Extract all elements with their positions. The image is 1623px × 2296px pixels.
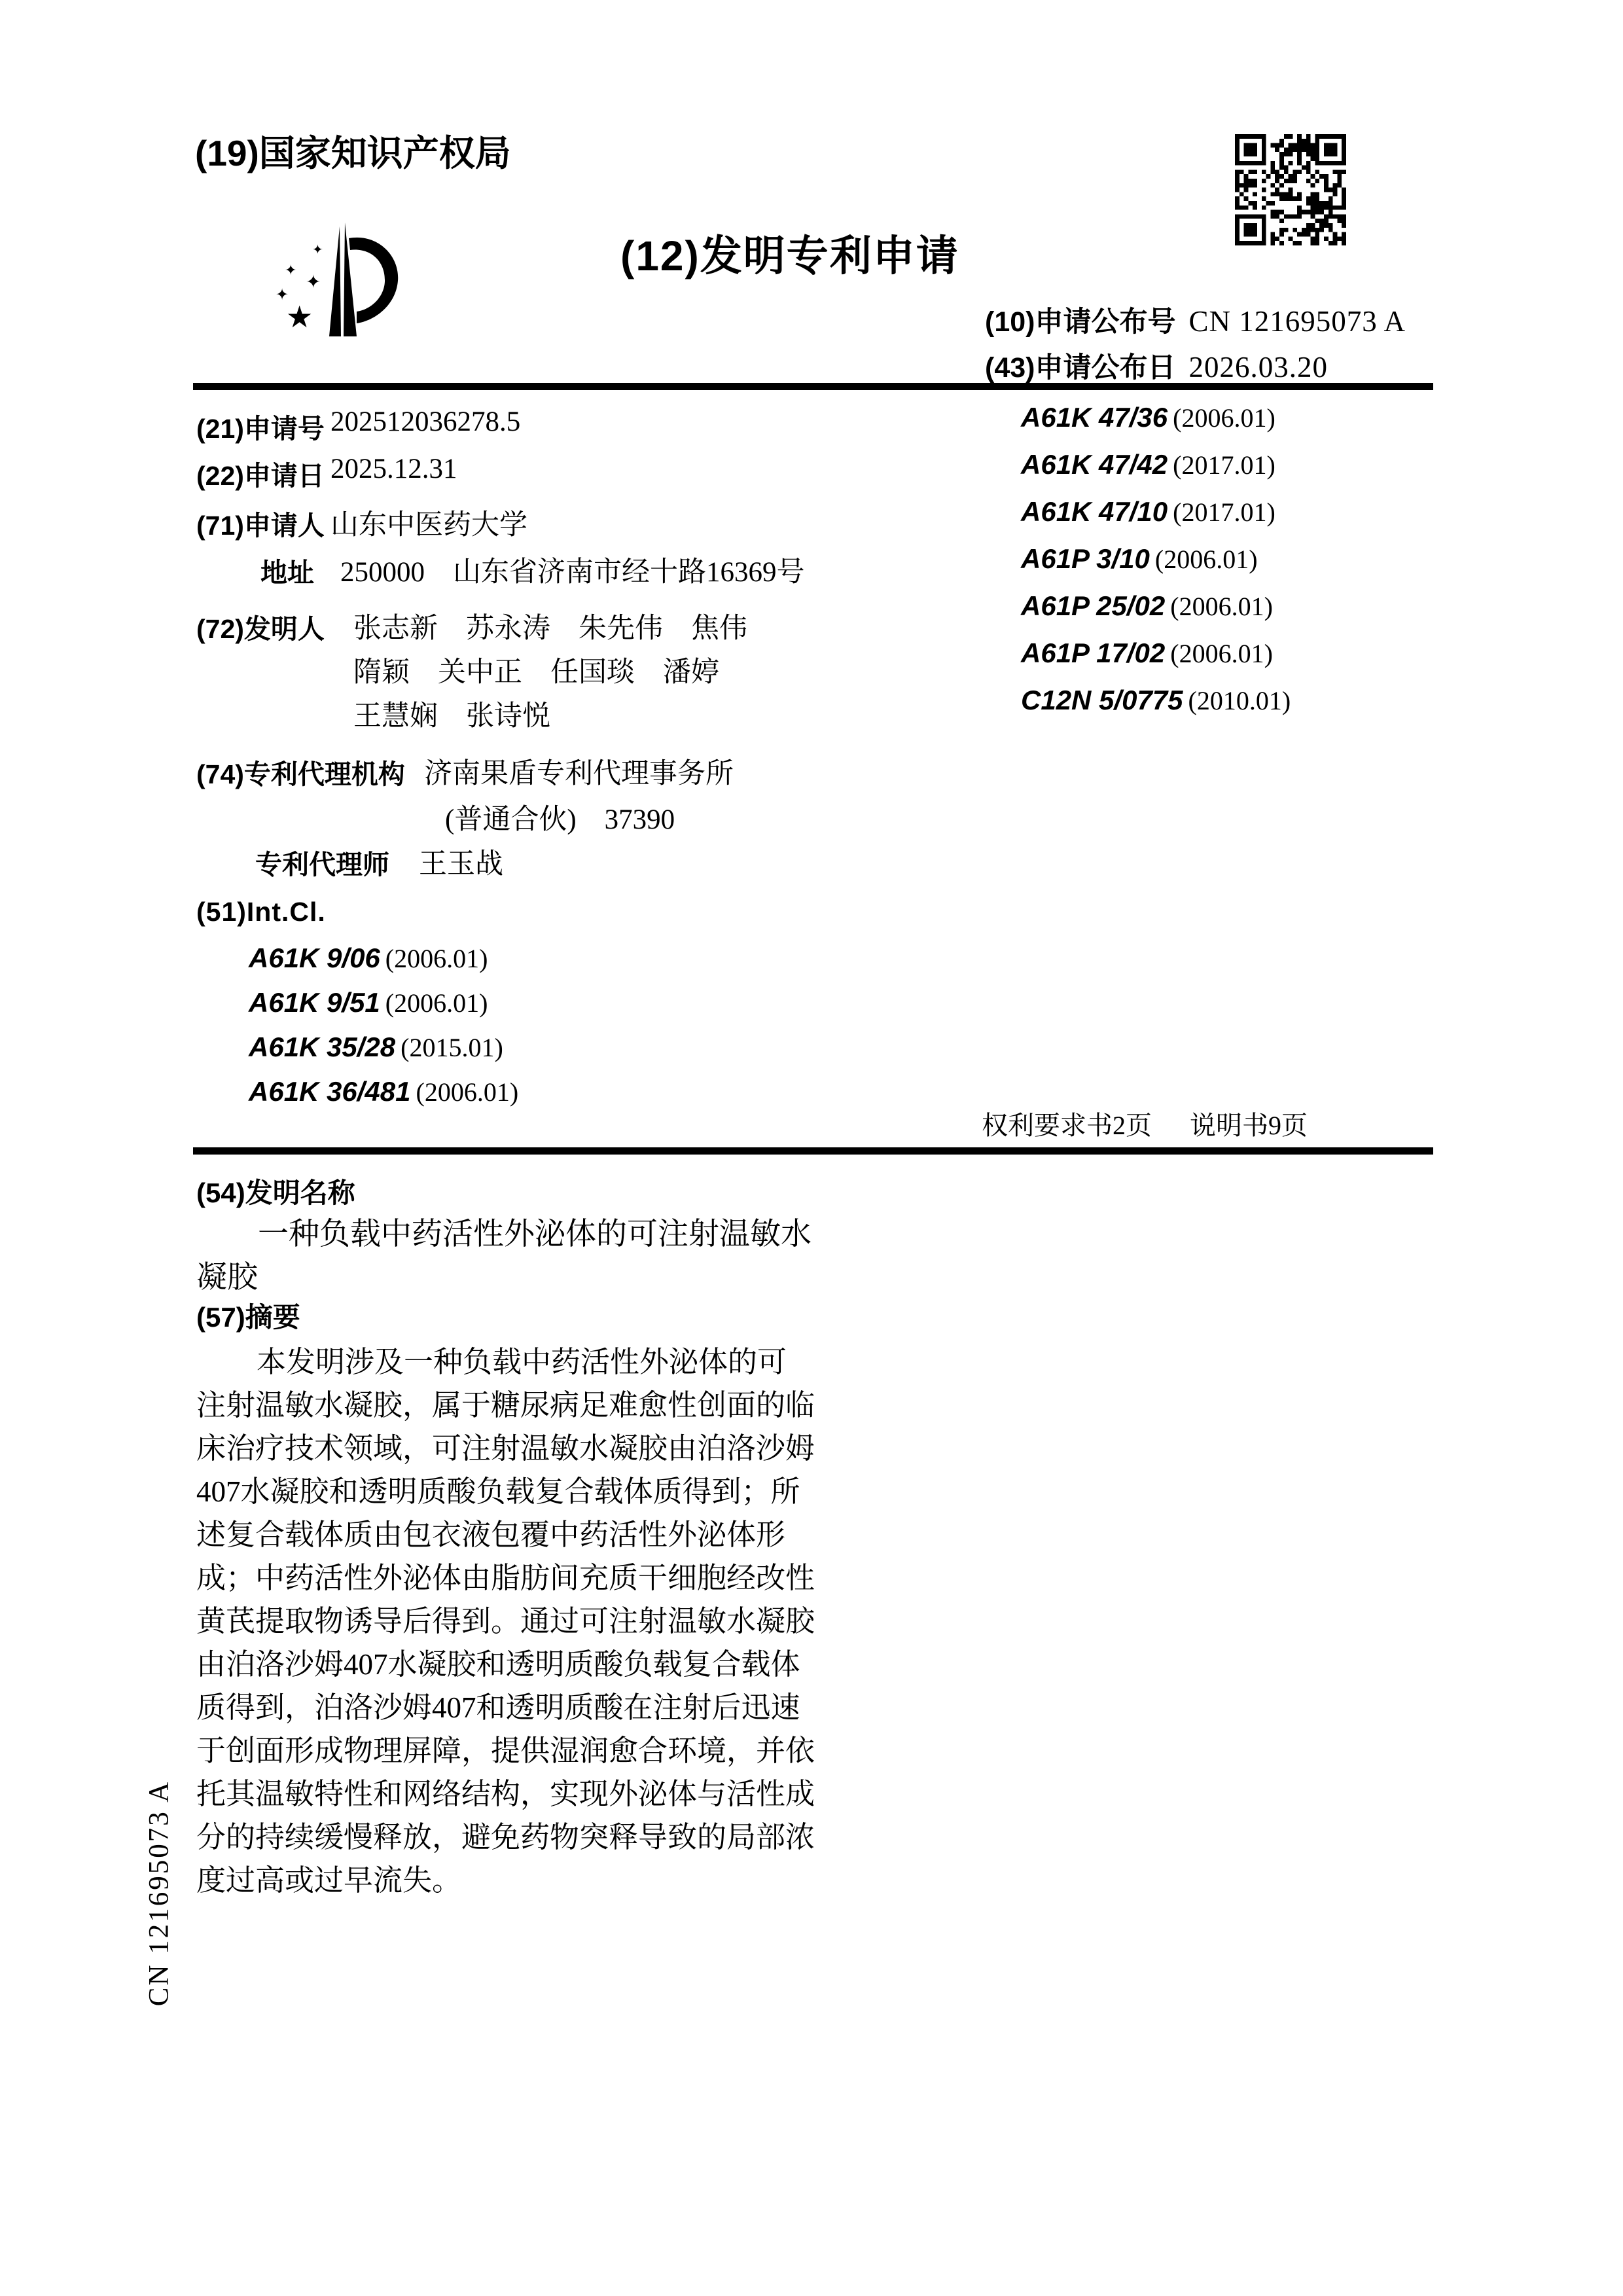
ipc-code: A61K 9/51 [249, 987, 380, 1018]
ipc-code: C12N 5/0775 [1021, 685, 1183, 715]
qr-code [1235, 134, 1346, 245]
ipc-entry: A61K 47/36(2006.01) [1021, 402, 1291, 449]
ipc-version: (2006.01) [385, 988, 488, 1018]
application-date-label: (22)申请日 [196, 454, 325, 493]
description-pages: 说明书9页 [1190, 1111, 1308, 1140]
publication-date-row: (43)申请公布日2026.03.20 [985, 346, 1328, 386]
ipc-entry: A61P 25/02(2006.01) [1021, 590, 1291, 637]
qr-code-icon [1235, 134, 1346, 245]
inventors-line: 张志新 苏永涛 朱先伟 焦伟 [353, 606, 747, 650]
ipc-version: (2010.01) [1188, 686, 1291, 715]
application-date-value: 2025.12.31 [330, 453, 457, 485]
invention-title-line2: 凝胶 [196, 1253, 258, 1297]
logo-sparkle-2: ✦ [285, 262, 296, 279]
abstract-label: (57)摘要 [196, 1296, 300, 1335]
agency-name: 济南果盾专利代理事务所 [424, 751, 734, 791]
abstract-line: 成；中药活性外泌体由脂肪间充质干细胞经改性 [196, 1554, 890, 1597]
abstract-line: 述复合载体质由包衣液包覆中药活性外泌体形 [196, 1511, 890, 1554]
ipc-version: (2006.01) [1170, 639, 1273, 668]
ipc-entry: A61P 17/02(2006.01) [1021, 637, 1291, 685]
application-number-value: 202512036278.5 [330, 406, 520, 438]
inventors-label: (72)发明人 [196, 607, 325, 646]
ipc-entry: A61K 35/28(2015.01) [249, 1031, 518, 1076]
ipc-version: (2015.01) [401, 1033, 503, 1062]
ipc-entry: A61K 36/481(2006.01) [249, 1076, 518, 1121]
inventors-line: 王慧娴 张诗悦 [353, 694, 747, 738]
ipc-entry: A61K 9/51(2006.01) [249, 987, 518, 1031]
agent-name: 王玉战 [419, 842, 503, 882]
ipc-code: A61P 25/02 [1021, 590, 1165, 621]
ipc-code: A61K 35/28 [249, 1031, 395, 1062]
application-number-label: (21)申请号 [196, 407, 325, 446]
ipc-version: (2006.01) [385, 944, 488, 973]
logo-big-star: ★ [286, 299, 313, 334]
publication-date-value: 2026.03.20 [1188, 351, 1328, 384]
abstract-line: 床治疗技术领域，可注射温敏水凝胶由泊洛沙姆 [196, 1424, 890, 1467]
invention-title-line1: 一种负载中药活性外泌体的可注射温敏水 [196, 1210, 811, 1253]
ipc-entry: C12N 5/0775(2010.01) [1021, 685, 1291, 732]
ipc-version: (2006.01) [416, 1077, 519, 1107]
cnipa-logo: ✦ ✦ ✦ ✦ ★ [272, 220, 412, 342]
classification-list: A61K 47/36(2006.01) A61K 47/42(2017.01) … [1021, 402, 1291, 732]
claims-pages: 权利要求书2页 [982, 1111, 1152, 1140]
logo-sparkle-3: ✦ [306, 271, 321, 293]
applicant-label: (71)申请人 [196, 504, 325, 543]
ipc-code: A61K 47/10 [1021, 496, 1168, 527]
logo-sparkle-1: ✦ [312, 242, 323, 257]
ipc-code: A61K 47/42 [1021, 449, 1168, 480]
abstract-line: 由泊洛沙姆407水凝胶和透明质酸负载复合载体 [196, 1640, 890, 1683]
abstract-line: 注射温敏水凝胶，属于糖尿病足难愈性创面的临 [196, 1381, 890, 1424]
abstract-line: 质得到，泊洛沙姆407和透明质酸在注射后迅速 [196, 1683, 890, 1727]
ipc-entry: A61K 47/42(2017.01) [1021, 449, 1291, 496]
publication-number-label: (10)申请公布号 [985, 306, 1175, 338]
ipc-version: (2006.01) [1170, 592, 1273, 621]
publication-number-value: CN 121695073 A [1188, 305, 1406, 338]
ipc-code: A61K 36/481 [249, 1076, 411, 1107]
agency-label: (74)专利代理机构 [196, 753, 405, 791]
abstract-line: 于创面形成物理屏障，提供湿润愈合环境，并依 [196, 1727, 890, 1770]
abstract-line: 407水凝胶和透明质酸负载复合载体质得到；所 [196, 1467, 890, 1511]
body-divider-rule [193, 1147, 1433, 1155]
patent-front-page: (19)国家知识产权局 ✦ ✦ ✦ ✦ ★ (12)发明专利申请 (10)申请公… [0, 0, 1623, 2296]
intcl-list: A61K 9/06(2006.01) A61K 9/51(2006.01) A6… [249, 942, 518, 1121]
patent-office-title: (19)国家知识产权局 [195, 124, 511, 176]
pages-info: 权利要求书2页说明书9页 [982, 1105, 1308, 1142]
abstract-text: 本发明涉及一种负载中药活性外泌体的可注射温敏水凝胶，属于糖尿病足难愈性创面的临床… [196, 1338, 890, 1899]
abstract-line: 黄芪提取物诱导后得到。通过可注射温敏水凝胶 [196, 1597, 890, 1640]
header-divider-rule [193, 383, 1433, 390]
invention-title-label: (54)发明名称 [196, 1172, 355, 1211]
ipc-version: (2006.01) [1155, 545, 1258, 574]
inventors-list: 张志新 苏永涛 朱先伟 焦伟隋颖 关中正 任国琰 潘婷王慧娴 张诗悦 [353, 606, 747, 738]
abstract-line: 托其温敏特性和网络结构，实现外泌体与活性成 [196, 1770, 890, 1813]
publication-date-label: (43)申请公布日 [985, 352, 1175, 384]
ipc-version: (2017.01) [1173, 450, 1275, 480]
document-type-title: (12)发明专利申请 [620, 223, 959, 283]
intcl-label: (51)Int.Cl. [196, 897, 326, 927]
logo-d-bowl [349, 238, 398, 323]
ipc-code: A61K 9/06 [249, 942, 380, 973]
cnipa-logo-icon: ✦ ✦ ✦ ✦ ★ [272, 220, 412, 342]
ipc-entry: A61P 3/10(2006.01) [1021, 543, 1291, 590]
abstract-line: 本发明涉及一种负载中药活性外泌体的可 [196, 1338, 890, 1381]
ipc-version: (2006.01) [1173, 403, 1275, 433]
inventors-line: 隋颖 关中正 任国琰 潘婷 [353, 650, 747, 694]
ipc-code: A61P 3/10 [1021, 543, 1150, 574]
logo-left-spire [329, 226, 341, 336]
side-publication-code: CN 121695073 A [143, 1756, 175, 2031]
ipc-entry: A61K 47/10(2017.01) [1021, 496, 1291, 543]
agent-label: 专利代理师 [255, 843, 389, 882]
abstract-line: 度过高或过早流失。 [196, 1856, 890, 1899]
address-label: 地址 [260, 551, 314, 590]
publication-number-row: (10)申请公布号CN 121695073 A [985, 300, 1406, 340]
agency-detail: (普通合伙) 37390 [445, 797, 675, 837]
ipc-code: A61K 47/36 [1021, 402, 1168, 433]
ipc-entry: A61K 9/06(2006.01) [249, 942, 518, 987]
ipc-code: A61P 17/02 [1021, 637, 1165, 668]
abstract-line: 分的持续缓慢释放，避免药物突释导致的局部浓 [196, 1813, 890, 1856]
ipc-version: (2017.01) [1173, 497, 1275, 527]
applicant-value: 山东中医药大学 [330, 503, 527, 543]
address-value: 250000 山东省济南市经十路16369号 [340, 550, 805, 590]
